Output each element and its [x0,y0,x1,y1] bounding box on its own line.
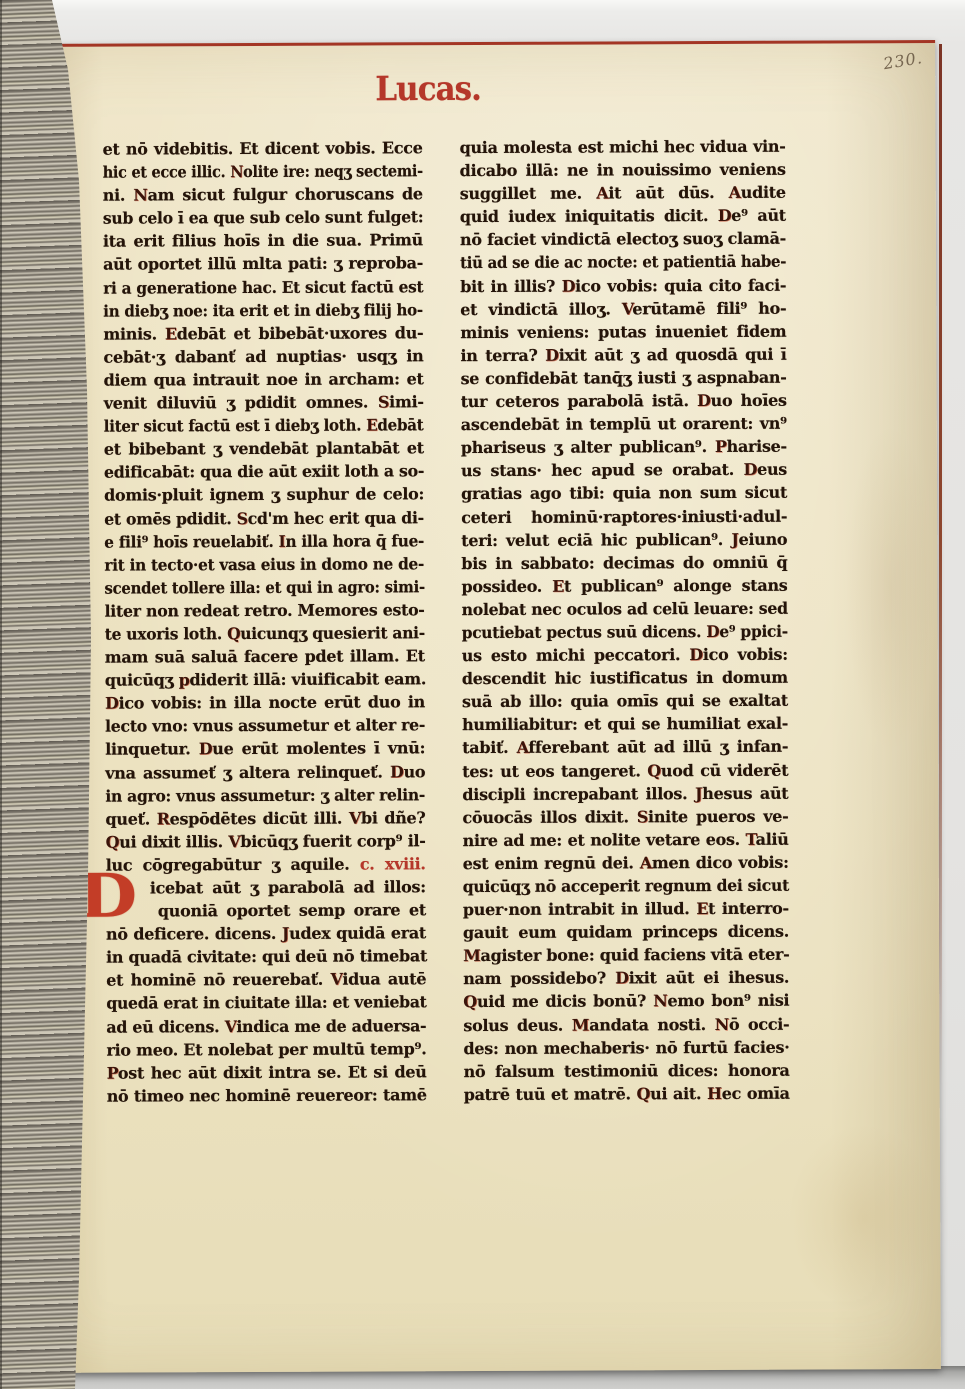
text-segment: e⁹ ppici- [719,622,788,641]
text-segment: nolebat nec oculos ad celū leuare: sed [462,599,788,619]
text-line: sub celo ī ea que sub celo sunt fulget: [103,206,415,230]
text-segment: in quadā civitate: qui deū nō timebat [106,947,427,967]
text-line: nō falsum testimoniū dices: honora [464,1058,790,1083]
text-segment: idua autē [342,970,426,989]
rubricated-capital: P [715,437,727,456]
text-segment: inite pueros ve- [648,806,789,826]
rubricated-capital: D [105,694,119,713]
text-segment: quicūqʒ nō acceperit regnum dei sicut [463,876,789,896]
text-segment: debāt et bibebāt·uxores du- [177,323,424,343]
text-line: bis in sabbato: decimas do omniū q̄ [461,550,787,575]
text-segment: nō faciet vindictā electoʒ suoʒ clamā- [460,229,786,249]
text-line: us esto michi peccatori. Dico vobis: [462,643,788,668]
text-line: linquetur. Due erūt molentes ī vnū: [105,737,425,761]
text-line: phariseus ʒ alter publican⁹. Pharise- [461,435,787,460]
text-line: ri a generatione hac. Et sicut factū est [103,275,411,299]
parchment-page: Lucas. 230. D et nō videbitis. Et dicent… [23,40,941,1373]
text-line: rio meo. Et nolebat per multū temp⁹. [106,1037,426,1061]
rubricated-capital: N [230,162,243,181]
text-segment: aūt oportet illū mlta pati: ʒ reproba- [103,254,423,274]
text-line: quia molesta est michi hec vidua vin- [460,135,786,160]
rubricated-capital: A [596,184,608,203]
rubricated-capital: P [107,1063,118,1082]
text-segment: bis in sabbato: decimas do omniū q̄ [461,552,787,572]
text-line: tabiť. Afferebant aūt ad illū ʒ infan- [462,735,788,760]
text-segment: est enim regnū dei. [463,853,640,873]
text-segment: hesus aūt [702,783,788,802]
text-line: Qui dixit illis. Vbicūqʒ fuerit corp⁹ il… [106,829,426,853]
text-segment: uod cū viderēt [661,760,788,780]
text-segment: ixit aūt ei ihesus. [629,968,790,988]
text-segment: tabiť. [462,738,516,757]
rubricated-capital: E [696,899,708,918]
text-line: Quid me dicis bonū? Nemo bon⁹ nisi [463,989,789,1014]
text-segment: ue erūt molentes ī vnū: [212,739,425,759]
text-segment: t interro- [708,899,789,918]
text-segment: espōdētes dicūt illi. [170,808,349,828]
text-segment: tes: ut eos tangeret. [462,761,647,781]
text-line: Dico vobis: in illa nocte erūt duo in [105,690,425,714]
text-line: mam suā saluā facere pdet illam. Et [105,644,425,668]
text-line: ni. Nam sicut fulgur choruscans de [103,182,423,206]
text-segment: ixit aūt ʒ ad quosdā qui ī [559,345,787,365]
rubricated-capital: V [228,832,240,851]
text-segment: quedā erat in ciuitate illa: et veniebat [106,993,426,1013]
text-segment: harise- [727,437,787,456]
rubricated-capital: Q [636,1084,650,1103]
text-line: discipli increpabant illos. Jhesus aūt [462,781,788,806]
text-line: in agro: vnus assumetur: ʒ alter relin- [105,783,416,807]
rubricated-capital: D [545,346,559,365]
rubricated-capital: A [517,738,529,757]
text-line: cebāt·ʒ dabanť ad nuptias· usqʒ in [103,344,423,368]
text-segment: et vindictā illoʒ. [460,299,622,319]
text-line: se confidebāt tanq̄ʒ iusti ʒ aspnaban- [461,366,787,391]
text-line: puer·non intrabit in illud. Et interro- [463,897,789,922]
text-line: venit diluviū ʒ pdidit omnes. Simi- [104,390,424,414]
text-segment: ico vobis: [703,645,788,664]
text-line: nō faciet vindictā electoʒ suoʒ clamā- [460,227,786,252]
text-segment: mam suā saluā facere pdet illam. Et [105,646,425,666]
rubricated-capital: J [695,784,702,803]
column-right: quia molesta est michi hec vidua vin-dic… [460,135,790,1106]
text-segment: diderit illā: viuificabit eam. [189,669,426,689]
column-left: D et nō videbitis. Et dicent vobis. Ecce… [103,136,427,1107]
text-line: liter non redeat retro. Memores esto- [105,598,421,622]
text-line: pcutiebat pectus suū dicens. De⁹ ppici- [462,620,777,644]
text-line: minis. Edebāt et bibebāt·uxores du- [103,321,423,345]
text-line: us stans· hec apud se orabat. Deus [461,458,787,483]
text-line: solus deus. Mandata nosti. Nō occi- [463,1012,789,1037]
text-segment: luc cōgregabūtur ʒ aquile. [106,854,360,874]
rubricated-capital: D [718,206,732,225]
text-line: lecto vno: vnus assumetur et alter re- [105,714,420,738]
text-line: icebat aūt ʒ parabolā ad illos: [106,875,426,899]
text-segment: e⁹ aūt [731,206,786,225]
text-segment: quicūqʒ [105,670,179,689]
text-line: descendit hic iustificatus in domum [462,666,788,691]
text-line: teri: velut eciā hic publican⁹. Jeiuno [461,527,787,552]
text-segment: indica me de aduersa- [236,1016,426,1036]
text-segment: n illa hora q̄ fue- [285,531,424,551]
text-segment: men dico vobis: [652,853,789,873]
text-line: suggillet me. Ait aūt dūs. Audite [460,181,786,206]
chapter-initial: D [79,873,149,919]
rubricated-capital: Q [227,624,240,643]
text-segment: nam possidebo? [463,969,615,989]
text-segment: humiliabitur: et qui se humiliat exal- [462,714,788,734]
text-segment: linquetur. [105,740,199,759]
text-line: et nō videbitis. Et dicent vobis. Ecce [103,136,423,160]
rubricated-capital: A [640,853,652,872]
text-segment: et bibebant ʒ vendebāt plantabāt et [104,438,424,458]
text-segment: cōuocās illos dixit. [462,807,636,827]
text-segment: it aūt dūs. [608,183,728,203]
rubricated-capital: V [330,970,342,989]
text-segment: teri: velut eciā hic publican⁹. [461,530,731,550]
text-segment: minis veniens: putas inueniet fidem [460,321,786,341]
text-segment: bicūqʒ fuerit corp⁹ il- [240,831,425,851]
text-line: quedā erat in ciuitate illa: et veniebat [106,991,419,1015]
text-segment: ō occi- [729,1014,790,1033]
text-segment: se confidebāt tanq̄ʒ iusti ʒ aspnaban- [461,368,787,388]
text-segment: sub celo ī ea que sub celo sunt fulget: [103,208,423,228]
text-segment: bi dñe? [361,808,426,827]
rubricated-capital: V [349,808,361,827]
text-segment: ico vobis: quia cito faci- [575,275,786,295]
text-segment: udite [741,183,786,202]
text-line: cōuocās illos dixit. Sinite pueros ve- [462,804,788,829]
rubricated-capital: D [390,762,404,781]
rubricated-capital: D [689,645,703,664]
text-segment: nō falsum testimoniū dices: honora [464,1060,790,1080]
text-line: domis·pluit ignem ʒ suphur de celo: [104,483,424,507]
book-board-edge [939,44,942,1144]
text-segment: diem qua intrauit noe in archam: et [104,369,424,389]
text-line: te uxoris loth. Quicunqʒ quesierit ani- [105,621,415,645]
text-line: ceteri hominū·raptores·iniusti·adul- [461,504,787,529]
running-title: Lucas. [375,69,505,108]
rubricated-capital: Q [647,761,661,780]
text-line: liter sicut factū est ī diebʒ loth. Edeb… [104,413,406,437]
text-segment: pcutiebat pectus suū dicens. [462,622,707,642]
text-segment: ita erit filius hoīs in die sua. Primū [103,231,423,251]
rubricated-capital: p [179,670,190,689]
text-line: ita erit filius hoīs in die sua. Primū [103,229,423,253]
text-segment: ec omīa [722,1084,790,1103]
text-segment: ceteri hominū·raptores·iniusti·adul- [461,506,787,526]
text-line: hic et ecce illic. Nolite ire: neqʒ sect… [103,159,392,183]
text-segment: ad eū dicens. [106,1017,224,1037]
text-segment: fferebant aūt ad illū ʒ infan- [528,737,788,757]
text-segment: cebāt·ʒ dabanť ad nuptias· usqʒ in [103,346,423,366]
text-line: tes: ut eos tangeret. Quod cū viderēt [462,758,788,783]
text-line: minis veniens: putas inueniet fidem [460,319,786,344]
text-line: est enim regnū dei. Amen dico vobis: [463,851,789,876]
text-segment: t publican⁹ alonge stans [564,575,788,595]
text-segment: andata nosti. [589,1015,715,1035]
text-segment: debāt [377,415,423,434]
folio-number: 230. [882,48,924,73]
text-segment: edificabāt: qua die aūt exiit loth a so- [104,462,424,482]
rubricated-capital: D [706,622,719,641]
text-line: gauit eum quidam princeps dicens. [463,920,789,945]
rubricated-capital: Q [463,992,477,1011]
text-segment: patrē tuū et matrē. [464,1084,637,1104]
text-segment: solus deus. [463,1015,571,1034]
rubricated-capital: E [366,416,377,435]
text-line: nō deficere. dicens. Judex quidā erat [106,921,426,945]
text-segment: agister bone: quid faciens vitā eter- [480,945,789,965]
rubricated-capital: V [622,299,633,318]
text-line: queť. Respōdētes dicūt illi. Vbi dñe? [105,806,425,830]
text-segment: emo bon⁹ nisi [667,991,789,1011]
parchment-stain [845,423,936,753]
text-segment: us esto michi peccatori. [462,645,690,665]
text-line: vna assumeť ʒ altera relinqueť. Duo [105,760,425,784]
text-line: et omēs pdidit. Scd'm hec erit qua di- [104,506,418,530]
rubricated-capital: R [157,809,170,828]
text-line: humiliabitur: et qui se humiliat exal- [462,712,788,737]
text-line: quid iudex iniquitatis dicit. De⁹ aūt [460,204,786,229]
rubricated-capital: E [165,324,177,343]
text-line: nire ad me: et nolite vetare eos. Taliū [463,827,789,852]
text-line: Magister bone: quid faciens vitā eter- [463,943,789,968]
rubric-text: c. xviii. [360,854,426,873]
text-segment: olite ire: neqʒ sectemi- [243,161,423,181]
text-segment: udex quidā erat [289,923,426,943]
text-segment: ost hec aūt dixit intra se. Et si deū [118,1062,427,1082]
rubricated-capital: D [697,391,711,410]
rubricated-capital: S [237,509,248,528]
text-line: in terra? Dixit aūt ʒ ad quosdā qui ī [460,343,786,368]
text-segment: erūtamē fili⁹ ho- [632,298,786,318]
text-segment: lecto vno: vnus assumetur et alter re- [105,716,425,736]
text-line: luc cōgregabūtur ʒ aquile. c. xviii. [106,852,426,876]
text-segment: ni. [103,186,134,205]
text-line: patrē tuū et matrē. Qui ait. Hec omīa [464,1082,790,1107]
rubricated-capital: E [552,576,564,595]
text-segment: suā ab illo: quia omīs qui se exaltat [462,691,788,711]
text-segment: dicabo illā: ne in nouissimo veniens [460,160,786,180]
text-segment: tur ceteros parabolā istā. [461,391,697,411]
text-line: nō timeo nec hominē reuereor: tamē [107,1083,427,1107]
text-line: quoniā oportet semp orare et [106,898,426,922]
text-line: tiū ad se die ac nocte: et patientiā hab… [460,250,765,274]
text-segment: uid me dicis bonū? [477,992,653,1012]
text-segment: icebat aūt ʒ parabolā ad illos: [150,877,426,897]
rubricated-capital: N [653,992,667,1011]
text-segment: e fili⁹ hoīs reuelabiť. [104,531,278,551]
text-segment: gratias ago tibi: quia non sum sicut [461,483,787,503]
text-line: ascendebāt in templū ut orarent: vn⁹ [461,412,787,437]
text-segment: rit in tecto·et vasa eius in domo ne de- [104,554,424,574]
text-line: tur ceteros parabolā istā. Duo hoīes [461,389,787,414]
rubricated-capital: H [707,1084,722,1103]
text-segment: in agro: vnus assumetur: ʒ alter relin- [105,785,425,805]
text-segment: ui ait. [650,1084,707,1103]
text-segment: tiū ad se die ac nocte: et patientiā hab… [460,252,786,272]
text-segment: bit in illis? [460,276,561,295]
text-line: des: non mechaberis· nō furtū facies· [463,1035,789,1060]
text-segment: vna assumeť ʒ altera relinqueť. [105,762,390,782]
text-segment: us stans· hec apud se orabat. [461,460,744,480]
text-line: in diebʒ noe: ita erit et in diebʒ filij… [103,298,404,322]
text-segment: queť. [105,809,156,828]
text-line: et bibebant ʒ vendebāt plantabāt et [104,436,424,460]
text-segment: liter sicut factū est ī diebʒ loth. [104,416,366,436]
parchment-stain [788,1123,939,1314]
rubricated-capital: D [561,276,575,295]
text-segment: am sicut fulgur choruscans de [148,184,423,204]
text-line: quicūqʒ pdiderit illā: viuificabit eam. [105,667,425,691]
rubricated-capital: N [715,1014,729,1033]
text-segment: nō timeo nec hominē reuereor: tamē [107,1085,427,1105]
text-segment: et nō videbitis. Et dicent vobis. Ecce [103,138,423,158]
text-line: scendet tollere illa: et qui in agro: si… [104,575,402,599]
text-segment: imi- [389,392,424,411]
text-line: gratias ago tibi: quia non sum sicut [461,481,787,506]
text-line: nam possidebo? Dixit aūt ei ihesus. [463,966,789,991]
text-line: possideo. Et publican⁹ alonge stans [461,573,787,598]
text-segment: uo hoīes [711,391,787,410]
text-segment: discipli increpabant illos. [462,784,695,804]
text-segment: phariseus ʒ alter publican⁹. [461,437,715,457]
text-segment: ui dixit illis. [119,832,228,851]
text-line: diem qua intrauit noe in archam: et [104,367,424,391]
text-segment: ascendebāt in templū ut orarent: vn⁹ [461,414,787,434]
text-line: in quadā civitate: qui deū nō timebat [106,945,426,969]
text-line: ad eū dicens. Vindica me de aduersa- [106,1014,423,1038]
text-segment: in diebʒ noe: ita erit et in diebʒ filij… [103,300,423,320]
text-segment: eus [757,460,787,479]
rubricated-capital: S [378,392,389,411]
text-line: quicūqʒ nō acceperit regnum dei sicut [463,874,781,898]
text-line: et hominē nō reuerebať. Vidua autē [106,968,426,992]
text-segment: domis·pluit ignem ʒ suphur de celo: [104,485,424,505]
rubricated-capital: D [615,969,629,988]
text-segment: in terra? [460,346,545,365]
rubricated-capital: M [463,946,481,965]
text-segment: venit diluviū ʒ pdidit omnes. [104,392,378,412]
text-segment: des: non mechaberis· nō furtū facies· [463,1037,789,1057]
text-segment: uo [404,762,426,781]
text-segment: uicunqʒ quesierit ani- [240,623,425,643]
rubricated-capital: A [729,183,741,202]
text-segment: quid iudex iniquitatis dicit. [460,206,718,226]
rubricated-capital: M [572,1015,590,1034]
text-line: rit in tecto·et vasa eius in domo ne de- [104,552,411,576]
text-segment: et hominē nō reuerebať. [106,970,330,990]
rubricated-capital: D [199,740,213,759]
text-segment: minis. [103,324,165,343]
text-segment: scendet tollere illa: et qui in agro: si… [104,577,424,597]
rubricated-capital: T [745,830,755,849]
text-segment: et omēs pdidit. [104,509,237,529]
rubricated-capital: D [743,460,757,479]
text-segment: cd'm hec erit qua di- [248,508,424,528]
text-segment: te uxoris loth. [105,624,227,644]
rubricated-capital: N [133,186,147,205]
text-line: et vindictā illoʒ. Verūtamē fili⁹ ho- [460,296,786,321]
text-segment: aliū [756,829,789,848]
text-line: edificabāt: qua die aūt exiit loth a so- [104,460,420,484]
text-segment: ri a generatione hac. Et sicut factū est [103,277,423,297]
text-segment: quia molesta est michi hec vidua vin- [460,137,786,157]
text-segment: nire ad me: et nolite vetare eos. [463,830,746,850]
text-line: Post hec aūt dixit intra se. Et si deū [107,1060,427,1084]
text-line: nolebat nec oculos ad celū leuare: sed [462,597,783,621]
text-segment: ico vobis: in illa nocte erūt duo in [119,692,426,712]
text-segment: gauit eum quidam princeps dicens. [463,922,789,942]
text-line: aūt oportet illū mlta pati: ʒ reproba- [103,252,423,276]
text-segment: possideo. [461,576,552,595]
text-line: suā ab illo: quia omīs qui se exaltat [462,689,788,714]
text-line: e fili⁹ hoīs reuelabiť. In illa hora q̄ … [104,529,411,553]
text-segment: descendit hic iustificatus in domum [462,668,788,688]
text-segment: hic et ecce illic. [103,162,231,182]
text-segment: eiuno [739,529,788,548]
text-segment: liter non redeat retro. Memores esto- [105,600,425,620]
text-line: bit in illis? Dico vobis: quia cito faci… [460,273,786,298]
text-line: dicabo illā: ne in nouissimo veniens [460,158,786,183]
text-segment: quoniā oportet semp orare et [158,900,426,920]
rubricated-capital: Q [106,832,120,851]
rubricated-capital: V [225,1017,237,1036]
text-segment: rio meo. Et nolebat per multū temp⁹. [106,1039,426,1059]
text-segment: suggillet me. [460,184,597,204]
rubricated-capital: S [637,807,648,826]
text-segment: puer·non intrabit in illud. [463,899,696,919]
